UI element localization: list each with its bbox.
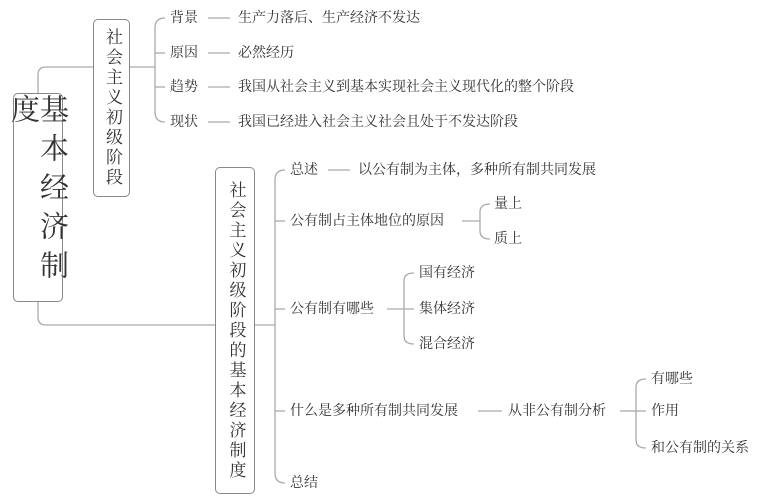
- node-mixed-economy[interactable]: 混合经济: [419, 334, 475, 354]
- node-background[interactable]: 背景: [170, 8, 198, 28]
- node-which[interactable]: 有哪些: [651, 369, 693, 389]
- root-title: 基本经济制度: [9, 94, 67, 301]
- node-public-dominance-reason[interactable]: 公有制占主体地位的原因: [290, 211, 444, 231]
- node-public-types[interactable]: 公有制有哪些: [290, 299, 374, 319]
- node-status-detail[interactable]: 我国已经进入社会主义社会且处于不发达阶段: [238, 112, 518, 132]
- node-overview[interactable]: 总述: [290, 160, 318, 180]
- branch-title: 社会主义初级阶段的基本经济制度: [227, 181, 244, 481]
- root-node[interactable]: 基本经济制度: [13, 93, 63, 302]
- branch-primary-stage[interactable]: 社会主义初级阶段: [93, 19, 130, 197]
- node-common-development[interactable]: 什么是多种所有制共同发展: [290, 401, 458, 421]
- node-state-economy[interactable]: 国有经济: [419, 263, 475, 283]
- node-non-public-analysis[interactable]: 从非公有制分析: [508, 401, 606, 421]
- node-background-detail[interactable]: 生产力落后、生产经济不发达: [238, 8, 420, 28]
- node-summary[interactable]: 总结: [290, 473, 318, 493]
- node-relation[interactable]: 和公有制的关系: [651, 438, 749, 458]
- node-collective-economy[interactable]: 集体经济: [419, 299, 475, 319]
- node-quality[interactable]: 质上: [494, 229, 522, 249]
- node-reason-detail[interactable]: 必然经历: [238, 43, 294, 63]
- node-quantity[interactable]: 量上: [494, 194, 522, 214]
- node-reason[interactable]: 原因: [170, 43, 198, 63]
- node-trend[interactable]: 趋势: [170, 77, 198, 97]
- node-role[interactable]: 作用: [651, 401, 679, 421]
- branch-title: 社会主义初级阶段: [103, 28, 120, 188]
- node-overview-detail[interactable]: 以公有制为主体，多种所有制共同发展: [358, 160, 596, 180]
- branch-basic-economic-system[interactable]: 社会主义初级阶段的基本经济制度: [215, 167, 255, 494]
- node-trend-detail[interactable]: 我国从社会主义到基本实现社会主义现代化的整个阶段: [238, 77, 574, 97]
- node-status[interactable]: 现状: [170, 112, 198, 132]
